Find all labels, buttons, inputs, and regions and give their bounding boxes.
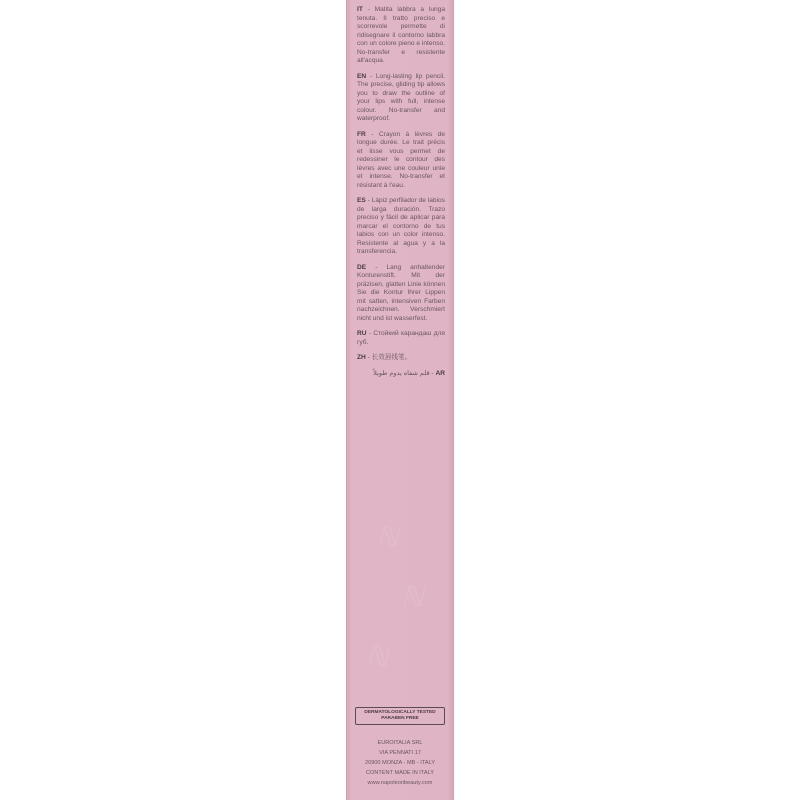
description-de: DE - Lang anhaltender Konturenstift. Mit…	[357, 264, 445, 324]
multilingual-description: IT - Matita labbra a lunga tenuta. Il tr…	[357, 6, 445, 385]
company-name: EUROITALIA SRL	[350, 738, 450, 748]
street: VIA PENNATI 17	[350, 748, 450, 758]
origin: CONTENT MADE IN ITALY	[350, 768, 450, 778]
watermark-logo: ℕ	[376, 520, 398, 554]
description-en: EN - Long-lasting lip pencil. The precis…	[357, 73, 445, 124]
description-fr: FR - Crayon à lèvres de longue durée. Le…	[357, 131, 445, 191]
description-zh: ZH - 长效唇线笔。	[357, 354, 445, 363]
description-ar: AR - قلم شفاه يدوم طويلاً	[357, 370, 445, 379]
description-it: IT - Matita labbra a lunga tenuta. Il tr…	[357, 6, 445, 66]
watermark-logo: ℕ	[401, 580, 423, 614]
description-es: ES - Lápiz perfilador de labios de larga…	[357, 197, 445, 257]
city: 20900 MONZA - MB - ITALY	[350, 758, 450, 768]
website: www.napoleonbeauty.com	[350, 778, 450, 788]
watermark-logo: ℕ	[366, 640, 388, 674]
description-ru: RU - Стойкий карандаш для губ.	[357, 330, 445, 347]
manufacturer-address: EUROITALIA SRL VIA PENNATI 17 20900 MONZ…	[350, 738, 450, 788]
dermatologically-tested-badge: DERMATOLOGICALLY TESTED PARABEN FREE	[355, 707, 445, 725]
product-box-panel: ℕ ℕ ℕ IT - Matita labbra a lunga tenuta.…	[346, 0, 454, 800]
